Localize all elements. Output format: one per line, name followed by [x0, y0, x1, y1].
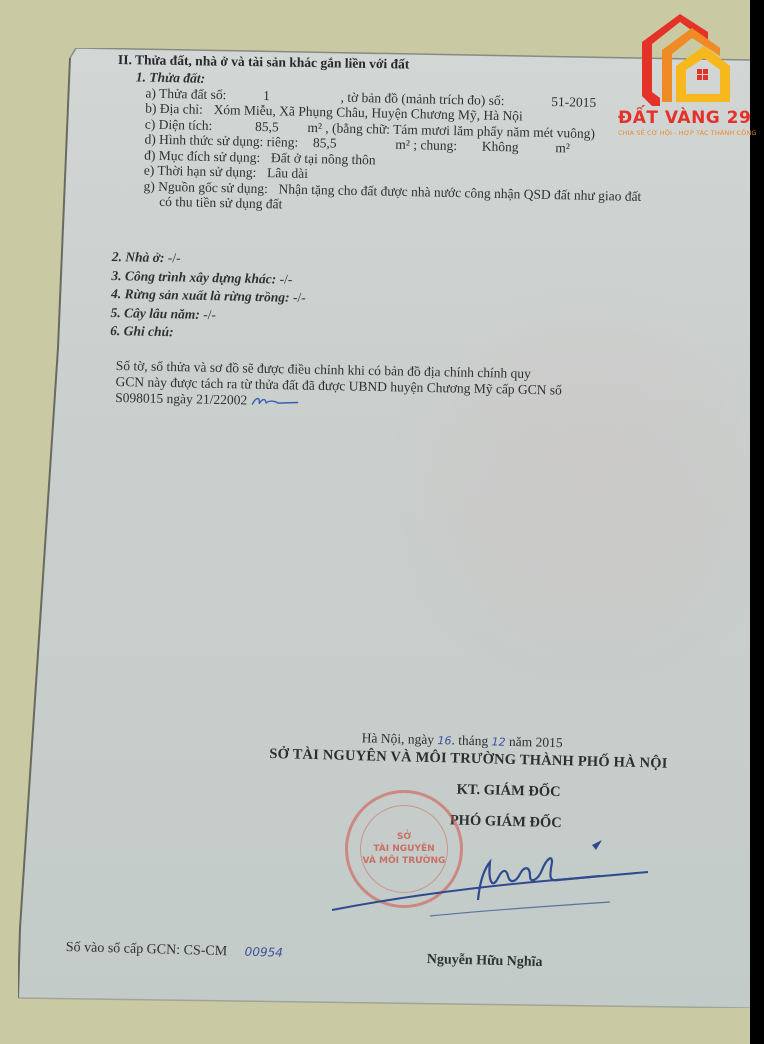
term-value: Lâu dài	[267, 165, 308, 181]
logo-tagline: CHIA SẺ CƠ HỘI - HỢP TÁC THÀNH CÔNG	[618, 129, 756, 137]
emblem-watermark	[378, 278, 764, 698]
notes-text: Số tờ, số thửa và sơ đồ sẽ được điều chỉ…	[115, 358, 562, 415]
purpose-label: đ) Mục đích sử dụng:	[144, 147, 260, 164]
signature-block: Hà Nội, ngày 16. tháng 12 năm 2015 SỞ TÀ…	[268, 728, 669, 835]
issue-day: 16	[437, 734, 451, 747]
area-unit: m²	[307, 119, 322, 134]
area-label: c) Diện tích:	[145, 116, 213, 132]
usage-shared-label: ; chung:	[413, 137, 457, 153]
map-sheet-value: 51-2015	[551, 94, 596, 110]
item-value: -/-	[293, 290, 306, 305]
item-label: 6. Ghi chú:	[110, 323, 174, 339]
purpose-value: Đất ở tại nông thôn	[271, 150, 376, 167]
item-label: 3. Công trình xây dựng khác:	[111, 267, 276, 285]
area-value: 85,5	[255, 118, 279, 133]
usage-private-unit: m²	[395, 137, 410, 152]
term-label: e) Thời hạn sử dụng:	[144, 163, 257, 180]
issue-month: 12	[491, 735, 505, 748]
land-details: 1. Thửa đất: a) Thửa đất số: 1 , tờ bản …	[117, 69, 644, 219]
address-label: b) Địa chỉ:	[145, 101, 203, 117]
signer-name: Nguyễn Hữu Nghĩa	[427, 952, 543, 971]
parcel-number-label: a) Thửa đất số:	[145, 85, 226, 102]
initials-scribble-icon	[250, 394, 300, 409]
item-value: -/-	[203, 306, 216, 321]
other-assets: 2. Nhà ở: -/- 3. Công trình xây dựng khá…	[110, 248, 307, 345]
parcel-number-value: 1	[263, 88, 270, 103]
item-label: 2. Nhà ở:	[112, 249, 165, 265]
registration-label: Số vào sổ cấp GCN: CS-CM	[66, 940, 228, 959]
title-director: KT. GIÁM ĐỐC	[268, 777, 667, 804]
usage-private-value: 85,5	[313, 135, 337, 150]
item-label: 4. Rừng sản xuất là rừng trồng:	[111, 286, 290, 305]
logo-brand-name: ĐẤT VÀNG 29	[618, 108, 751, 128]
usage-shared-value: Không	[482, 139, 519, 155]
registration-value: 00954	[244, 945, 283, 960]
handwritten-signature-icon	[330, 840, 650, 920]
usage-shared-unit: m²	[555, 140, 570, 155]
black-border	[750, 0, 764, 1044]
item-value: -/-	[168, 250, 181, 265]
item-value: -/-	[279, 271, 292, 286]
item-label: 5. Cây lâu năm:	[111, 304, 201, 321]
